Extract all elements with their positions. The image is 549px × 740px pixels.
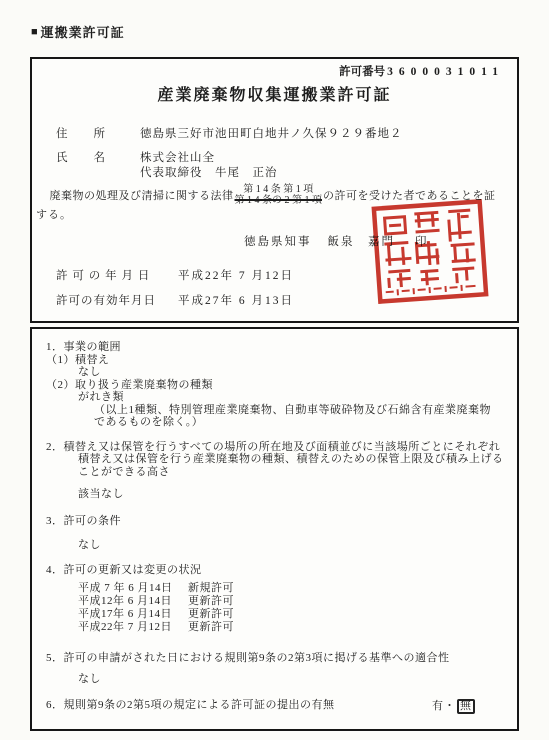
history-row: 平成 7 年 6 月14日新規許可 <box>78 582 503 595</box>
section1-item2-value: がれき類 <box>78 391 503 404</box>
section1-item2: （2）取り扱う産業廃棄物の種類 <box>46 379 503 392</box>
history-label: 新規許可 <box>188 582 234 594</box>
expiry-date-row: 許可の有効年月日平成27年 6 月13日 <box>56 292 294 308</box>
history-row: 平成17年 6 月14日更新許可 <box>78 608 503 621</box>
section2-value: 該当なし <box>78 488 503 501</box>
permit-number: 許可番号3600031011 <box>339 63 504 79</box>
issue-date-row: 許 可 の 年 月 日平成22年 7 月12日 <box>56 267 294 283</box>
issue-date-label: 許 可 の 年 月 日 <box>56 267 178 283</box>
name-label: 氏 名 <box>56 149 114 165</box>
address-label: 住 所 <box>56 125 114 141</box>
section3-value: なし <box>78 539 503 552</box>
section6-title: 6．規則第9条の2第5項の規定による許可証の提出の有無 <box>46 699 335 711</box>
history-row: 平成12年 6 月14日更新許可 <box>78 595 503 608</box>
expiry-date-label: 許可の有効年月日 <box>56 292 178 308</box>
section6-choice: 有・無 <box>432 699 475 714</box>
page-heading-label: 運搬業許可証 <box>41 22 125 41</box>
section1-item1: （1）積替え <box>46 354 503 367</box>
law-clause-stack: 第 1 4 条 第 1 項第 1 4 条の 2 第 1 項 <box>235 185 323 206</box>
law-text-before: 廃棄物の処理及び清掃に関する法律 <box>38 190 234 202</box>
page-heading: ■ 運搬業許可証 <box>31 22 125 41</box>
name-row: 氏 名株式会社山全 <box>56 149 215 165</box>
section5-title: 5．許可の申請がされた日における規則第9条の2第3項に掲げる基準への適合性 <box>46 652 510 665</box>
permit-number-label: 許可番号 <box>339 66 385 78</box>
section1-title: 1．事業の範囲 <box>46 341 503 354</box>
seal-graphic <box>370 197 491 306</box>
section3-title: 3．許可の条件 <box>46 515 503 528</box>
history-label: 更新許可 <box>188 621 234 633</box>
section6-row: 6．規則第9条の2第5項の規定による許可証の提出の有無 有・無 <box>46 699 503 712</box>
section1-item2-note: （以上1種類、特別管理産業廃棄物、自動車等破砕物及び石綿含有産業廃棄物であるもの… <box>94 404 502 429</box>
history-date: 平成22年 7 月12日 <box>78 621 188 634</box>
history-date: 平成17年 6 月14日 <box>78 608 188 621</box>
history-label: 更新許可 <box>188 595 234 607</box>
history-row: 平成22年 7 月12日更新許可 <box>78 621 503 634</box>
address-value: 徳島県三好市池田町白地井ノ久保９２９番地２ <box>140 128 403 140</box>
option-yes: 有 <box>432 700 444 712</box>
official-seal-stamp <box>370 197 491 306</box>
square-bullet-icon: ■ <box>31 26 39 38</box>
governor-title: 徳島県知事 <box>244 236 312 248</box>
option-separator: ・ <box>444 700 456 712</box>
expiry-date-value: 平成27年 6 月13日 <box>178 295 294 307</box>
history-label: 更新許可 <box>188 608 234 620</box>
permit-number-value: 3600031011 <box>387 66 504 78</box>
history-date: 平成 7 年 6 月14日 <box>78 582 188 595</box>
representative-name: 代表取締役 牛尾 正治 <box>140 164 278 180</box>
law-clause-kept: 第 1 4 条 第 1 項 <box>235 185 323 196</box>
option-no-selected: 無 <box>457 699 475 714</box>
certificate-title: 産業廃棄物収集運搬業許可証 <box>32 82 517 105</box>
section4-title: 4．許可の更新又は変更の状況 <box>46 564 503 577</box>
section1-item1-value: なし <box>78 366 503 379</box>
law-clause-struck: 第 1 4 条の 2 第 1 項 <box>235 196 323 207</box>
company-name: 株式会社山全 <box>140 152 215 164</box>
section5-value: なし <box>78 673 503 686</box>
section2-title: 2．積替え又は保管を行うすべての場所の所在地及び面積並びに当該場所ごとにそれぞれ… <box>46 441 510 479</box>
history-date: 平成12年 6 月14日 <box>78 595 188 608</box>
address-row: 住 所徳島県三好市池田町白地井ノ久保９２９番地２ <box>56 125 403 141</box>
law-paragraph-wrap: する。 <box>36 206 72 222</box>
certificate-lower-box: 1．事業の範囲 （1）積替え なし （2）取り扱う産業廃棄物の種類 がれき類 （… <box>30 327 519 731</box>
issue-date-value: 平成22年 7 月12日 <box>178 270 294 282</box>
